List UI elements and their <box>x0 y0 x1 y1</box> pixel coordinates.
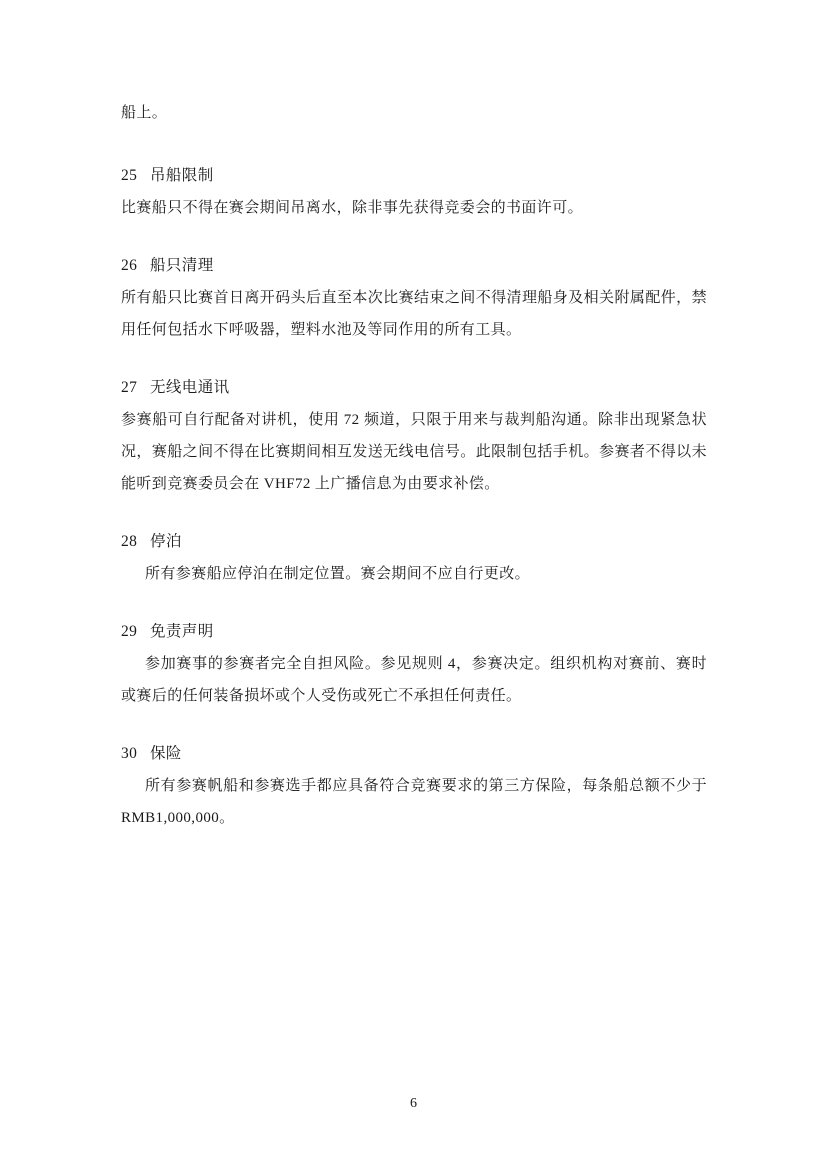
section-heading: 25吊船限制 <box>121 160 707 192</box>
section-number: 26 <box>121 250 150 282</box>
section-heading: 29免责声明 <box>121 616 707 648</box>
section-paragraph: 所有参赛船应停泊在制定位置。赛会期间不应自行更改。 <box>121 558 707 590</box>
section-paragraph: 所有船只比赛首日离开码头后直至本次比赛结束之间不得清理船身及相关附属配件，禁用任… <box>121 282 707 346</box>
continuation-paragraph: 船上。 <box>121 97 707 129</box>
section-title: 船只清理 <box>150 257 214 274</box>
section-29: 29免责声明 参加赛事的参赛者完全自担风险。参见规则 4，参赛决定。组织机构对赛… <box>121 616 707 712</box>
section-number: 28 <box>121 526 150 558</box>
section-number: 27 <box>121 372 150 404</box>
section-title: 无线电通讯 <box>150 379 230 396</box>
section-28: 28停泊 所有参赛船应停泊在制定位置。赛会期间不应自行更改。 <box>121 526 707 590</box>
section-27: 27无线电通讯 参赛船可自行配备对讲机，使用 72 频道，只限于用来与裁判船沟通… <box>121 372 707 500</box>
section-paragraph: 所有参赛帆船和参赛选手都应具备符合竞赛要求的第三方保险，每条船总额不少于RMB1… <box>121 770 707 834</box>
document-page: 船上。 25吊船限制 比赛船只不得在赛会期间吊离水，除非事先获得竞委会的书面许可… <box>0 0 827 1169</box>
section-title: 免责声明 <box>150 623 214 640</box>
section-30: 30保险 所有参赛帆船和参赛选手都应具备符合竞赛要求的第三方保险，每条船总额不少… <box>121 738 707 834</box>
section-paragraph: 参赛船可自行配备对讲机，使用 72 频道，只限于用来与裁判船沟通。除非出现紧急状… <box>121 404 707 500</box>
section-26: 26船只清理 所有船只比赛首日离开码头后直至本次比赛结束之间不得清理船身及相关附… <box>121 250 707 346</box>
section-heading: 30保险 <box>121 738 707 770</box>
section-heading: 27无线电通讯 <box>121 372 707 404</box>
section-title: 停泊 <box>150 533 182 550</box>
section-25: 25吊船限制 比赛船只不得在赛会期间吊离水，除非事先获得竞委会的书面许可。 <box>121 160 707 224</box>
section-paragraph: 比赛船只不得在赛会期间吊离水，除非事先获得竞委会的书面许可。 <box>121 192 707 224</box>
section-number: 29 <box>121 616 150 648</box>
section-number: 30 <box>121 738 150 770</box>
section-paragraph: 参加赛事的参赛者完全自担风险。参见规则 4，参赛决定。组织机构对赛前、赛时或赛后… <box>121 648 707 712</box>
section-heading: 28停泊 <box>121 526 707 558</box>
section-title: 保险 <box>150 745 182 762</box>
section-heading: 26船只清理 <box>121 250 707 282</box>
section-number: 25 <box>121 160 150 192</box>
document-content: 船上。 25吊船限制 比赛船只不得在赛会期间吊离水，除非事先获得竞委会的书面许可… <box>121 97 707 834</box>
section-title: 吊船限制 <box>150 167 214 184</box>
page-number: 6 <box>0 1095 827 1113</box>
